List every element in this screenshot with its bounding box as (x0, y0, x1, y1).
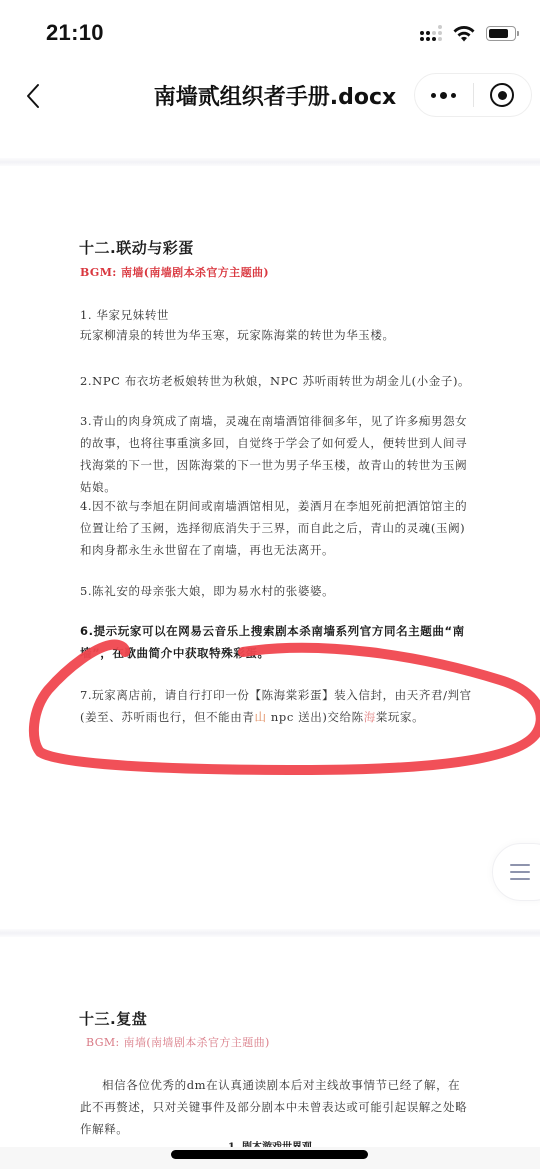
status-bar: 21:10 (0, 0, 540, 66)
more-button[interactable] (415, 74, 473, 116)
nav-bar: 南墙贰组织者手册.docx (0, 66, 540, 126)
item-7-text-b: npc 送出)交给陈 (267, 710, 364, 724)
back-button[interactable] (18, 78, 48, 114)
bgm-label: BGM: 南墙(南墙剧本杀官方主题曲) (86, 1034, 270, 1050)
list-item-2: 2.NPC 布衣坊老板娘转世为秋娘，NPC 苏听雨转世为胡金儿(小金子)。 (80, 370, 472, 392)
mini-program-capsule (414, 73, 532, 117)
page-separator (0, 158, 540, 166)
home-indicator[interactable] (171, 1150, 368, 1159)
bgm-label: BGM: 南墙(南墙剧本杀官方主题曲) (80, 264, 269, 280)
page-separator (0, 929, 540, 937)
wifi-icon (452, 24, 476, 42)
item-7-text-c: 棠玩家。 (376, 710, 424, 724)
list-item-4: 4.因不欲与李旭在阴间或南墙酒馆相见，姜酒月在李旭死前把酒馆馆主的位置让给了玉阙… (80, 495, 472, 561)
cellular-signal-icon (420, 25, 442, 41)
menu-lines-icon (510, 864, 530, 885)
list-item-5: 5.陈礼安的母亲张大娘，即为易水村的张婆婆。 (80, 580, 472, 602)
target-circle-icon (490, 83, 514, 107)
chevron-left-icon (25, 82, 41, 110)
list-item-6: 6.提示玩家可以在网易云音乐上搜索剧本杀南墙系列官方同名主题曲“南墙”，在歌曲简… (80, 620, 472, 664)
intro-paragraph: 相信各位优秀的dm在认真通读剧本后对主线故事情节已经了解，在此不再赘述，只对关键… (80, 1074, 472, 1140)
list-item-3: 3.青山的肉身筑成了南墙，灵魂在南墙酒馆徘徊多年，见了许多痴男怨女的故事，也将往… (80, 410, 472, 498)
table-of-contents-button[interactable] (492, 843, 540, 901)
battery-icon (486, 26, 516, 41)
list-item-1-title: 1. 华家兄妹转世 (80, 304, 472, 326)
list-item-1-text: 玩家柳清泉的转世为华玉寒，玩家陈海棠的转世为华玉楼。 (80, 324, 472, 346)
status-icons (420, 24, 516, 42)
section-heading: 十二.联动与彩蛋 (79, 237, 194, 258)
status-time: 21:10 (46, 20, 104, 46)
more-dots-icon (431, 92, 456, 99)
item-7-highlight-hai: 海 (364, 710, 376, 724)
list-item-7: 7.玩家离店前，请自行打印一份【陈海棠彩蛋】装入信封，由天齐君/判官(姜至、苏听… (80, 684, 472, 728)
item-7-highlight-shan: 山 (255, 710, 267, 724)
section-heading: 十三.复盘 (79, 1008, 147, 1029)
close-mini-program-button[interactable] (474, 74, 532, 116)
